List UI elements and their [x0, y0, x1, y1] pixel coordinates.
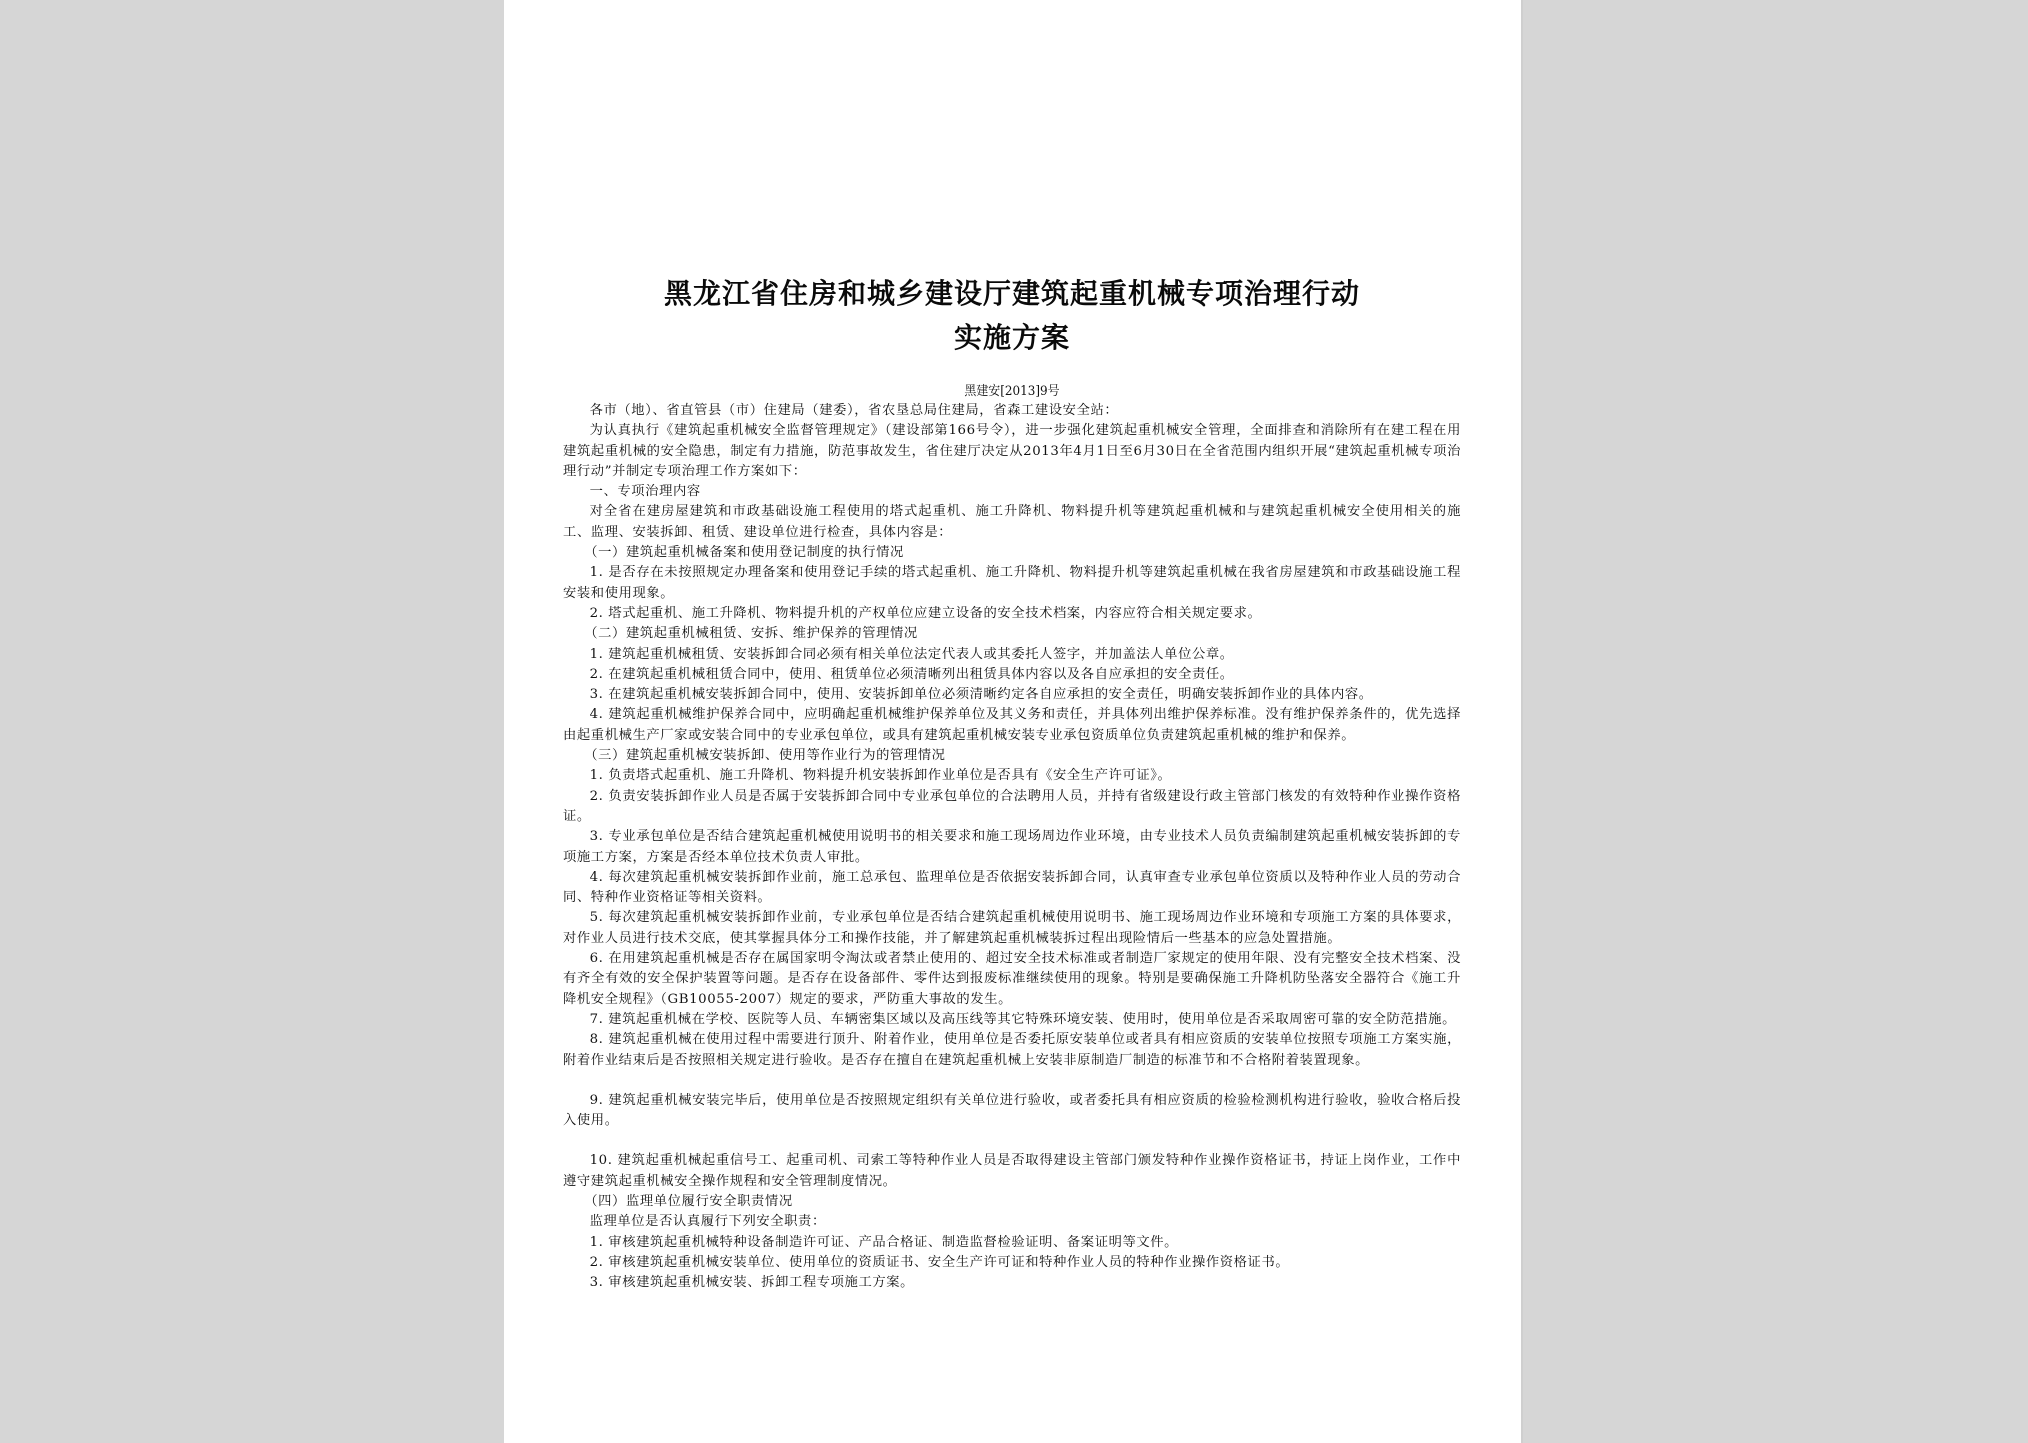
- paragraph: 4. 每次建筑起重机械安装拆卸作业前，施工总承包、监理单位是否依据安装拆卸合同，…: [563, 868, 1461, 909]
- paragraph: 1. 建筑起重机械租赁、安装拆卸合同必须有相关单位法定代表人或其委托人签字，并加…: [563, 645, 1461, 665]
- document-page: 黑龙江省住房和城乡建设厅建筑起重机械专项治理行动 实施方案 黑建安[2013]9…: [504, 0, 1523, 1443]
- paragraph: 2. 在建筑起重机械租赁合同中，使用、租赁单位必须清晰列出租赁具体内容以及各自应…: [563, 665, 1461, 685]
- paragraph: 1. 审核建筑起重机械特种设备制造许可证、产品合格证、制造监督检验证明、备案证明…: [563, 1233, 1461, 1253]
- subsection-heading: （四）监理单位履行安全职责情况: [563, 1192, 1461, 1212]
- paragraph: 3. 审核建筑起重机械安装、拆卸工程专项施工方案。: [563, 1273, 1461, 1293]
- subsection-heading: （三）建筑起重机械安装拆卸、使用等作业行为的管理情况: [563, 746, 1461, 766]
- paragraph: 3. 专业承包单位是否结合建筑起重机械使用说明书的相关要求和施工现场周边作业环境…: [563, 827, 1461, 868]
- paragraph: 各市（地）、省直管县（市）住建局（建委），省农垦总局住建局，省森工建设安全站：: [563, 401, 1461, 421]
- paragraph: 为认真执行《建筑起重机械安全监督管理规定》（建设部第166号令），进一步强化建筑…: [563, 421, 1461, 482]
- document-number: 黑建安[2013]9号: [599, 383, 1425, 401]
- paragraph: 1. 是否存在未按照规定办理备案和使用登记手续的塔式起重机、施工升降机、物料提升…: [563, 563, 1461, 604]
- paragraph: 3. 在建筑起重机械安装拆卸合同中，使用、安装拆卸单位必须清晰约定各自应承担的安…: [563, 685, 1461, 705]
- document-content: 黑龙江省住房和城乡建设厅建筑起重机械专项治理行动 实施方案 黑建安[2013]9…: [563, 272, 1461, 1293]
- paragraph: 10. 建筑起重机械起重信号工、起重司机、司索工等特种作业人员是否取得建设主管部…: [563, 1151, 1461, 1192]
- paragraph: 1. 负责塔式起重机、施工升降机、物料提升机安装拆卸作业单位是否具有《安全生产许…: [563, 766, 1461, 786]
- paragraph: 9. 建筑起重机械安装完毕后，使用单位是否按照规定组织有关单位进行验收，或者委托…: [563, 1091, 1461, 1132]
- title-line-2: 实施方案: [563, 316, 1461, 360]
- paragraph: 8. 建筑起重机械在使用过程中需要进行顶升、附着作业，使用单位是否委托原安装单位…: [563, 1030, 1461, 1071]
- title-line-1: 黑龙江省住房和城乡建设厅建筑起重机械专项治理行动: [563, 272, 1461, 316]
- paragraph: 监理单位是否认真履行下列安全职责：: [563, 1212, 1461, 1232]
- paragraph: 对全省在建房屋建筑和市政基础设施工程使用的塔式起重机、施工升降机、物料提升机等建…: [563, 502, 1461, 543]
- paragraph: 7. 建筑起重机械在学校、医院等人员、车辆密集区域以及高压线等其它特殊环境安装、…: [563, 1010, 1461, 1030]
- subsection-heading: （一）建筑起重机械备案和使用登记制度的执行情况: [563, 543, 1461, 563]
- paragraph: 5. 每次建筑起重机械安装拆卸作业前，专业承包单位是否结合建筑起重机械使用说明书…: [563, 908, 1461, 949]
- subsection-heading: （二）建筑起重机械租赁、安拆、维护保养的管理情况: [563, 624, 1461, 644]
- paragraph: 6. 在用建筑起重机械是否存在属国家明令淘汰或者禁止使用的、超过安全技术标准或者…: [563, 949, 1461, 1010]
- document-body: 各市（地）、省直管县（市）住建局（建委），省农垦总局住建局，省森工建设安全站：为…: [563, 401, 1461, 1293]
- paragraph: 2. 负责安装拆卸作业人员是否属于安装拆卸合同中专业承包单位的合法聘用人员，并持…: [563, 787, 1461, 828]
- paragraph: 2. 塔式起重机、施工升降机、物料提升机的产权单位应建立设备的安全技术档案，内容…: [563, 604, 1461, 624]
- document-viewer: 黑龙江省住房和城乡建设厅建筑起重机械专项治理行动 实施方案 黑建安[2013]9…: [0, 0, 2028, 1443]
- document-title: 黑龙江省住房和城乡建设厅建筑起重机械专项治理行动 实施方案: [563, 272, 1461, 360]
- paragraph: 4. 建筑起重机械维护保养合同中，应明确起重机械维护保养单位及其义务和责任，并具…: [563, 705, 1461, 746]
- section-heading: 一、专项治理内容: [563, 482, 1461, 502]
- paragraph: 2. 审核建筑起重机械安装单位、使用单位的资质证书、安全生产许可证和特种作业人员…: [563, 1253, 1461, 1273]
